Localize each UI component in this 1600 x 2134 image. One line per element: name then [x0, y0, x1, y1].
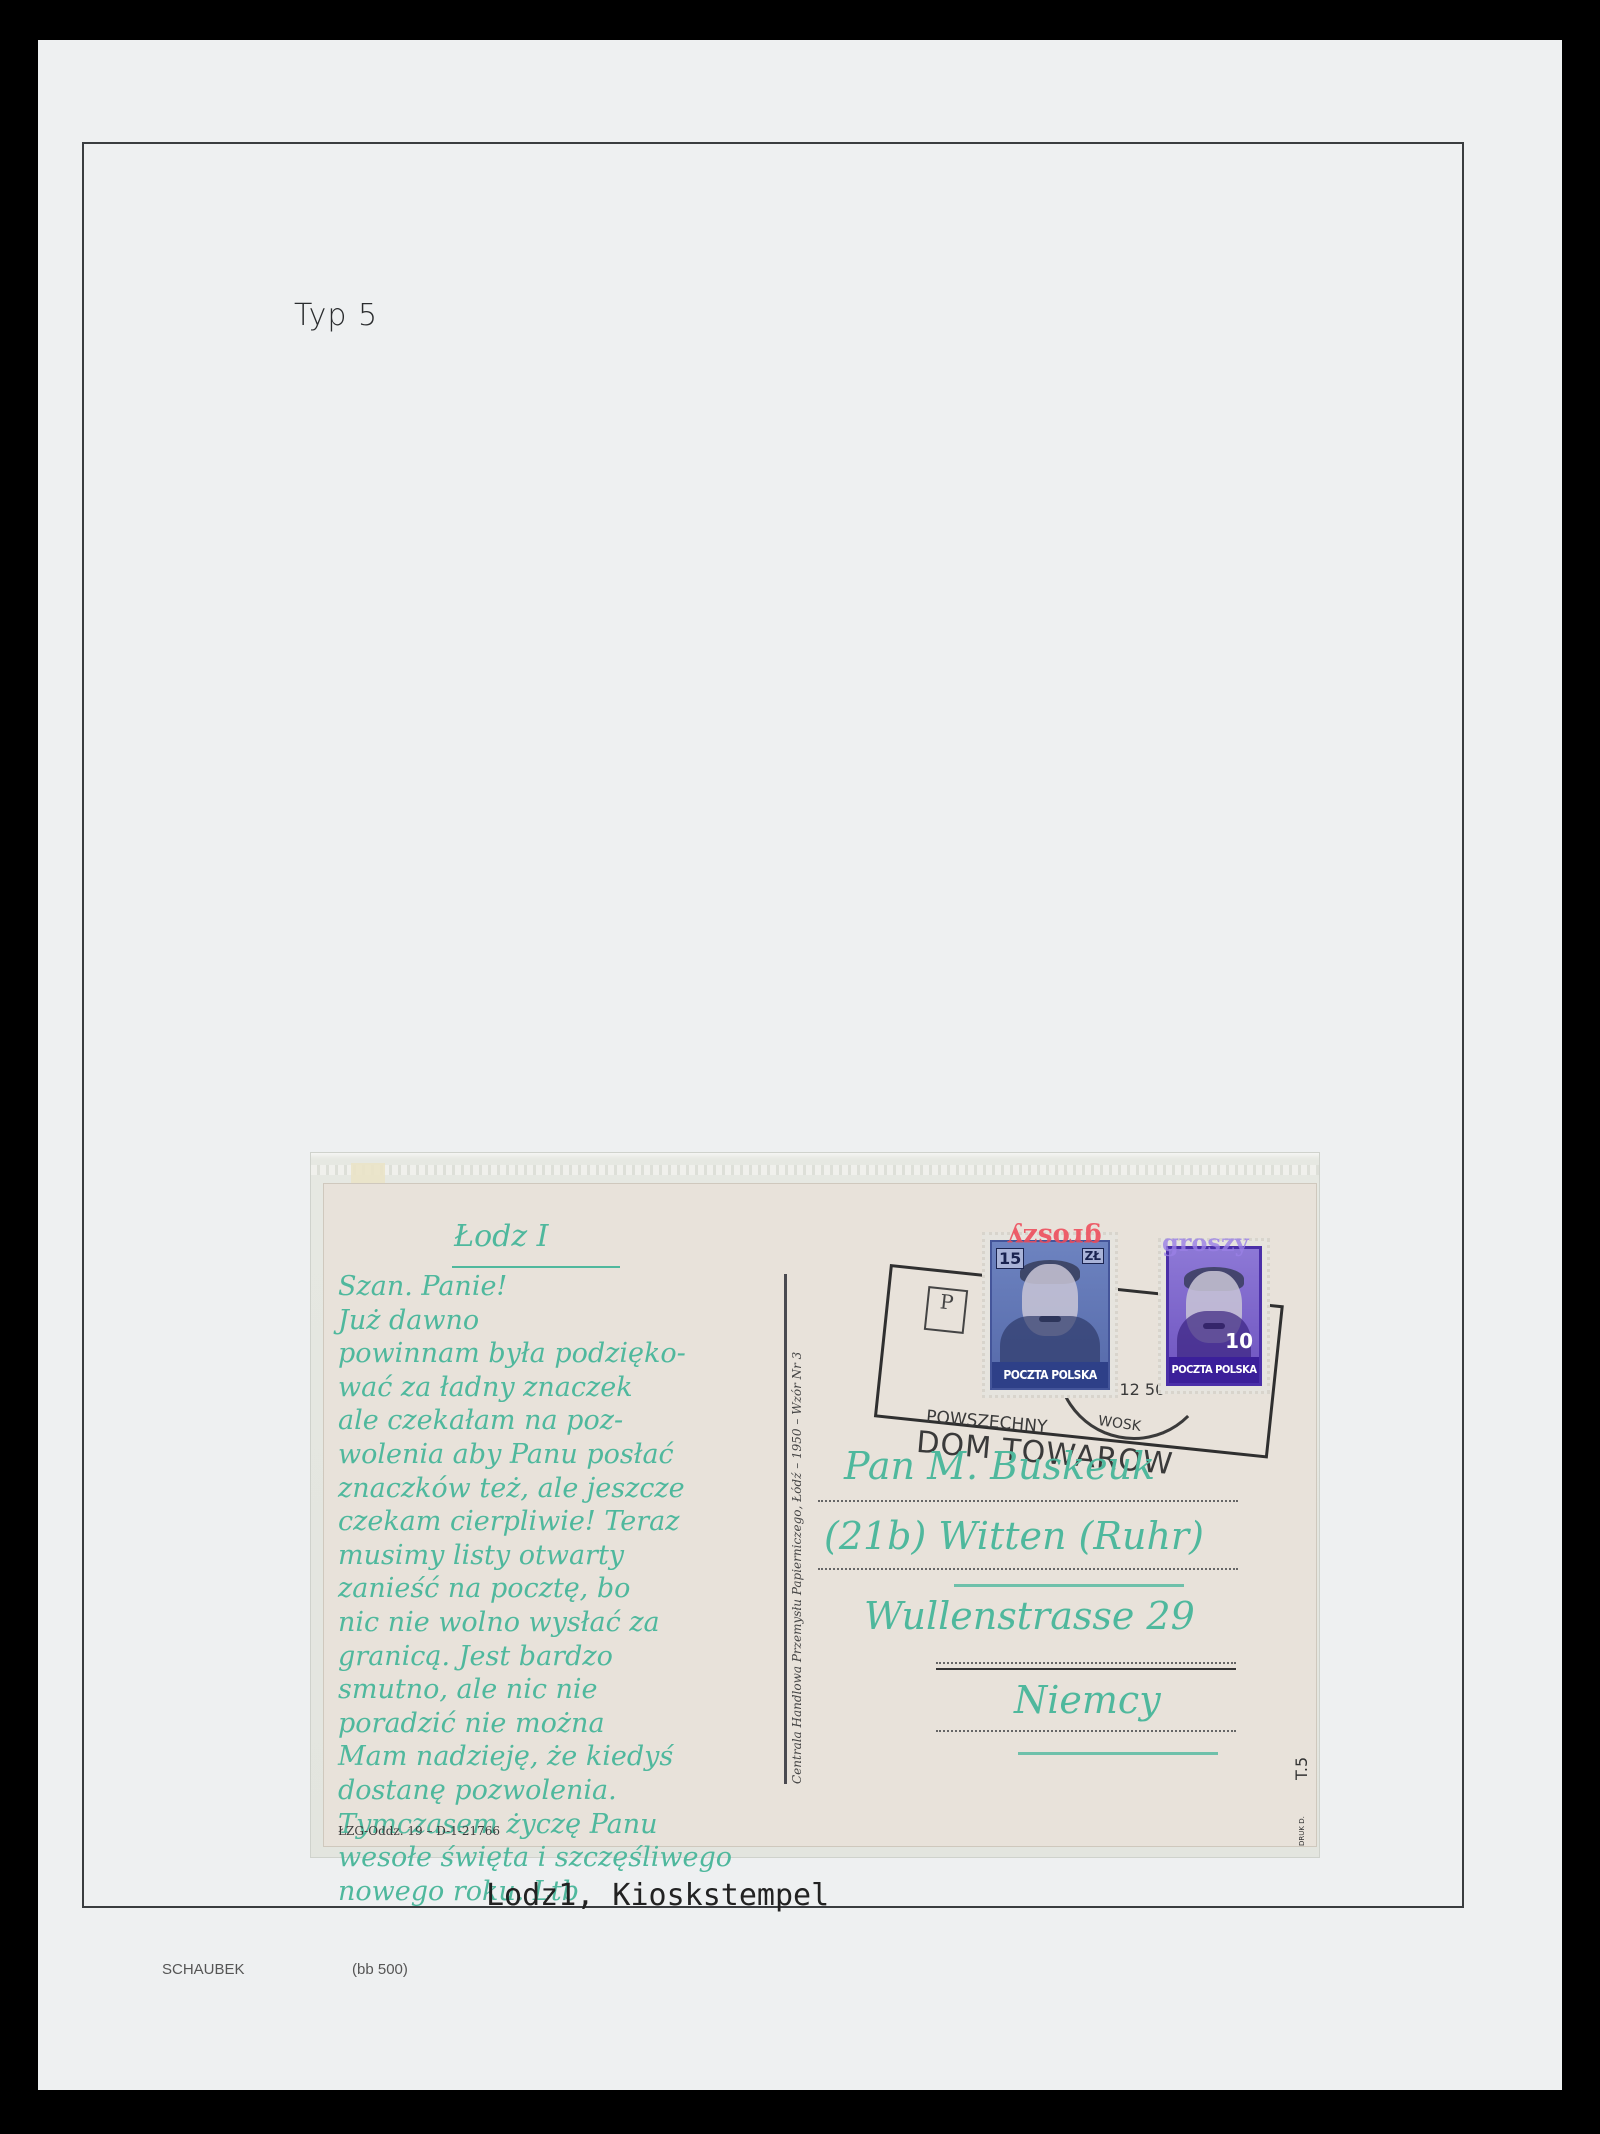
- message-line: Mam nadzieję, że kiedyś: [338, 1740, 732, 1774]
- footer-brand: SCHAUBEK: [162, 1961, 245, 1978]
- address-solid-line: [936, 1668, 1236, 1670]
- handwritten-message: Szan. Panie! Już dawno powinnam była pod…: [338, 1270, 732, 1908]
- address-dotted-line: [818, 1500, 1238, 1502]
- message-line: zanieść na pocztę, bo: [338, 1572, 732, 1606]
- message-line: wać za ładny znaczek: [338, 1371, 732, 1405]
- footer-code: (bb 500): [352, 1961, 408, 1978]
- address-street: Wullenstrasse 29: [864, 1594, 1195, 1638]
- message-line: powinnam była podzięko-: [338, 1337, 732, 1371]
- country-underline: [1018, 1752, 1218, 1755]
- stamp-country: POCZTA POLSKA: [1169, 1357, 1259, 1383]
- side-print: DRUK D.: [1298, 1816, 1306, 1846]
- message-line: Szan. Panie!: [338, 1270, 732, 1304]
- stamp-design: 10 POCZTA POLSKA: [1166, 1246, 1262, 1386]
- printer-code: ŁZG-Oddz. 19 – D-1-21766: [338, 1824, 500, 1838]
- message-line: wesołe święta i szczęśliwego: [338, 1841, 732, 1875]
- stamp-country: POCZTA POLSKA: [992, 1362, 1108, 1388]
- address-dotted-line: [818, 1568, 1238, 1570]
- message-line: nic nie wolno wysłać za: [338, 1606, 732, 1640]
- stamp-design: 15 ZŁ POCZTA POLSKA: [990, 1240, 1110, 1390]
- page-heading: Typ 5: [294, 298, 378, 333]
- mount-strip: [311, 1165, 1319, 1175]
- address-dotted-line: [936, 1730, 1236, 1732]
- message-line: znaczków też, ale jeszcze: [338, 1472, 732, 1506]
- address-country: Niemcy: [1014, 1678, 1161, 1722]
- stamp-overprint: groszy: [1008, 1222, 1102, 1252]
- stamp-denomination: 10: [1225, 1329, 1253, 1353]
- message-line: smutno, ale nic nie: [338, 1673, 732, 1707]
- message-line: czekam cierpliwie! Teraz: [338, 1505, 732, 1539]
- message-line: wolenia aby Panu posłać: [338, 1438, 732, 1472]
- postcard: Łodz I Szan. Panie! Już dawno powinnam b…: [323, 1183, 1317, 1847]
- printer-imprint-vertical: Centrala Handlowa Przemysłu Papierniczeg…: [790, 1352, 804, 1784]
- portrait-suit: [1000, 1316, 1100, 1362]
- album-page: Typ 5 Łodz I Szan. Panie! Już dawno powi…: [38, 40, 1562, 2090]
- card-divider: [784, 1274, 787, 1784]
- message-line: poradzić nie można: [338, 1707, 732, 1741]
- stamp-10-zl: 10 POCZTA POLSKA: [1158, 1238, 1270, 1394]
- postcard-mount: Łodz I Szan. Panie! Już dawno powinnam b…: [310, 1152, 1320, 1858]
- message-line: dostanę pozwolenia.: [338, 1774, 732, 1808]
- item-caption: Lodz1, Kioskstempel: [486, 1878, 829, 1913]
- city-underline: [954, 1584, 1184, 1587]
- handwritten-header: Łodz I: [454, 1220, 549, 1254]
- stamp-15-zl: 15 ZŁ POCZTA POLSKA: [982, 1232, 1118, 1398]
- address-name: Pan M. Buskeuk: [844, 1444, 1155, 1488]
- header-underline: [452, 1266, 620, 1268]
- side-note: T.5: [1292, 1757, 1311, 1780]
- message-line: ale czekałam na poz-: [338, 1404, 732, 1438]
- message-line: granicą. Jest bardzo: [338, 1640, 732, 1674]
- address-city: (21b) Witten (Ruhr): [824, 1514, 1204, 1558]
- address-dotted-line: [936, 1662, 1236, 1664]
- cancellation-letter-box: P: [924, 1286, 968, 1334]
- message-line: Już dawno: [338, 1304, 732, 1338]
- message-line: musimy listy otwarty: [338, 1539, 732, 1573]
- stamp-overprint: groszy: [1162, 1228, 1249, 1257]
